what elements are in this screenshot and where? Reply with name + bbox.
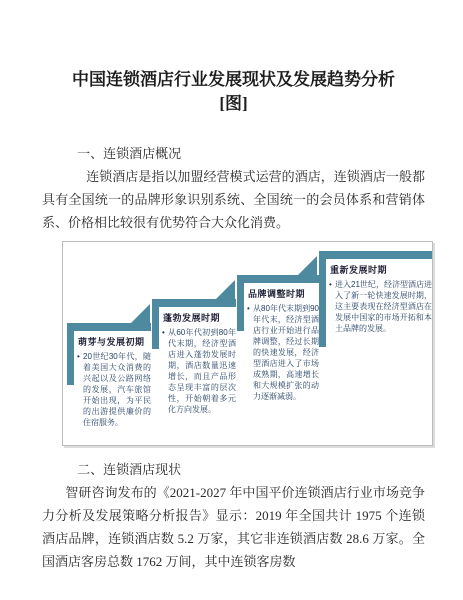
stage-text: 从80年代末期到90年代末，经济型酒店行业开始进行品牌调整，经过长期的快速发展，… bbox=[253, 303, 319, 402]
stage-title: 萌芽与发展初期 bbox=[78, 335, 151, 348]
stage-text: 从60年代初到80年代末期，经济型酒店进入蓬勃发展时期，酒店数量迅速增长，而且产… bbox=[168, 327, 236, 415]
stage-left-bar bbox=[237, 275, 244, 331]
step-arrow-icon bbox=[216, 280, 235, 299]
stage-text: 进入21世纪，经济型酒店进入了新一轮快速发展时期，这主要表现在经济型酒店在发展中… bbox=[335, 279, 432, 334]
step-arrow-icon bbox=[298, 256, 317, 275]
step-arrow-icon bbox=[131, 304, 150, 323]
development-stages-diagram: 萌芽与发展初期 • 20世纪30年代，随着美国大众消费的兴起以及公路网络的发展，… bbox=[62, 241, 433, 446]
stage-left-bar bbox=[152, 299, 159, 349]
section-paragraph-2: 智研咨询发布的《2021-2027 年中国平价连锁酒店行业市场竞争力分析及发展策… bbox=[42, 481, 425, 573]
stage-title: 品牌调整时期 bbox=[248, 287, 319, 300]
stage-top-bar bbox=[319, 251, 432, 259]
stage-card-4: 重新发展时期 • 进入21世纪，经济型酒店进入了新一轮快速发展时期，这主要表现在… bbox=[319, 251, 432, 334]
stage-title: 重新发展时期 bbox=[330, 263, 432, 276]
stage-card-2: 蓬勃发展时期 • 从60年代初到80年代末期，经济型酒店进入蓬勃发展时期，酒店数… bbox=[152, 299, 236, 415]
stage-text: 20世纪30年代，随着美国大众消费的兴起以及公路网络的发展，汽车旅馆开始出现，为… bbox=[83, 351, 151, 428]
stage-card-1: 萌芽与发展初期 • 20世纪30年代，随着美国大众消费的兴起以及公路网络的发展，… bbox=[67, 323, 151, 428]
page-title: 中国连锁酒店行业发展现状及发展趋势分析[图] bbox=[61, 68, 407, 116]
document-page: 中国连锁酒店行业发展现状及发展趋势分析[图] 一、连锁酒店概况 连锁酒店是指以加… bbox=[0, 0, 463, 573]
section-heading-2: 二、连锁酒店现状 bbox=[42, 458, 425, 481]
stage-title: 蓬勃发展时期 bbox=[163, 311, 236, 324]
stage-top-bar bbox=[67, 323, 151, 331]
stage-card-3: 品牌调整时期 • 从80年代末期到90年代末，经济型酒店行业开始进行品牌调整，经… bbox=[237, 275, 319, 402]
stage-left-bar bbox=[67, 323, 74, 385]
stage-top-bar bbox=[237, 275, 319, 283]
stage-top-bar bbox=[152, 299, 236, 307]
stage-left-bar bbox=[319, 251, 326, 347]
section-paragraph-1: 连锁酒店是指以加盟经营模式运营的酒店，连锁酒店一般都具有全国统一的品牌形象识别系… bbox=[42, 165, 425, 234]
section-heading-1: 一、连锁酒店概况 bbox=[42, 142, 425, 165]
